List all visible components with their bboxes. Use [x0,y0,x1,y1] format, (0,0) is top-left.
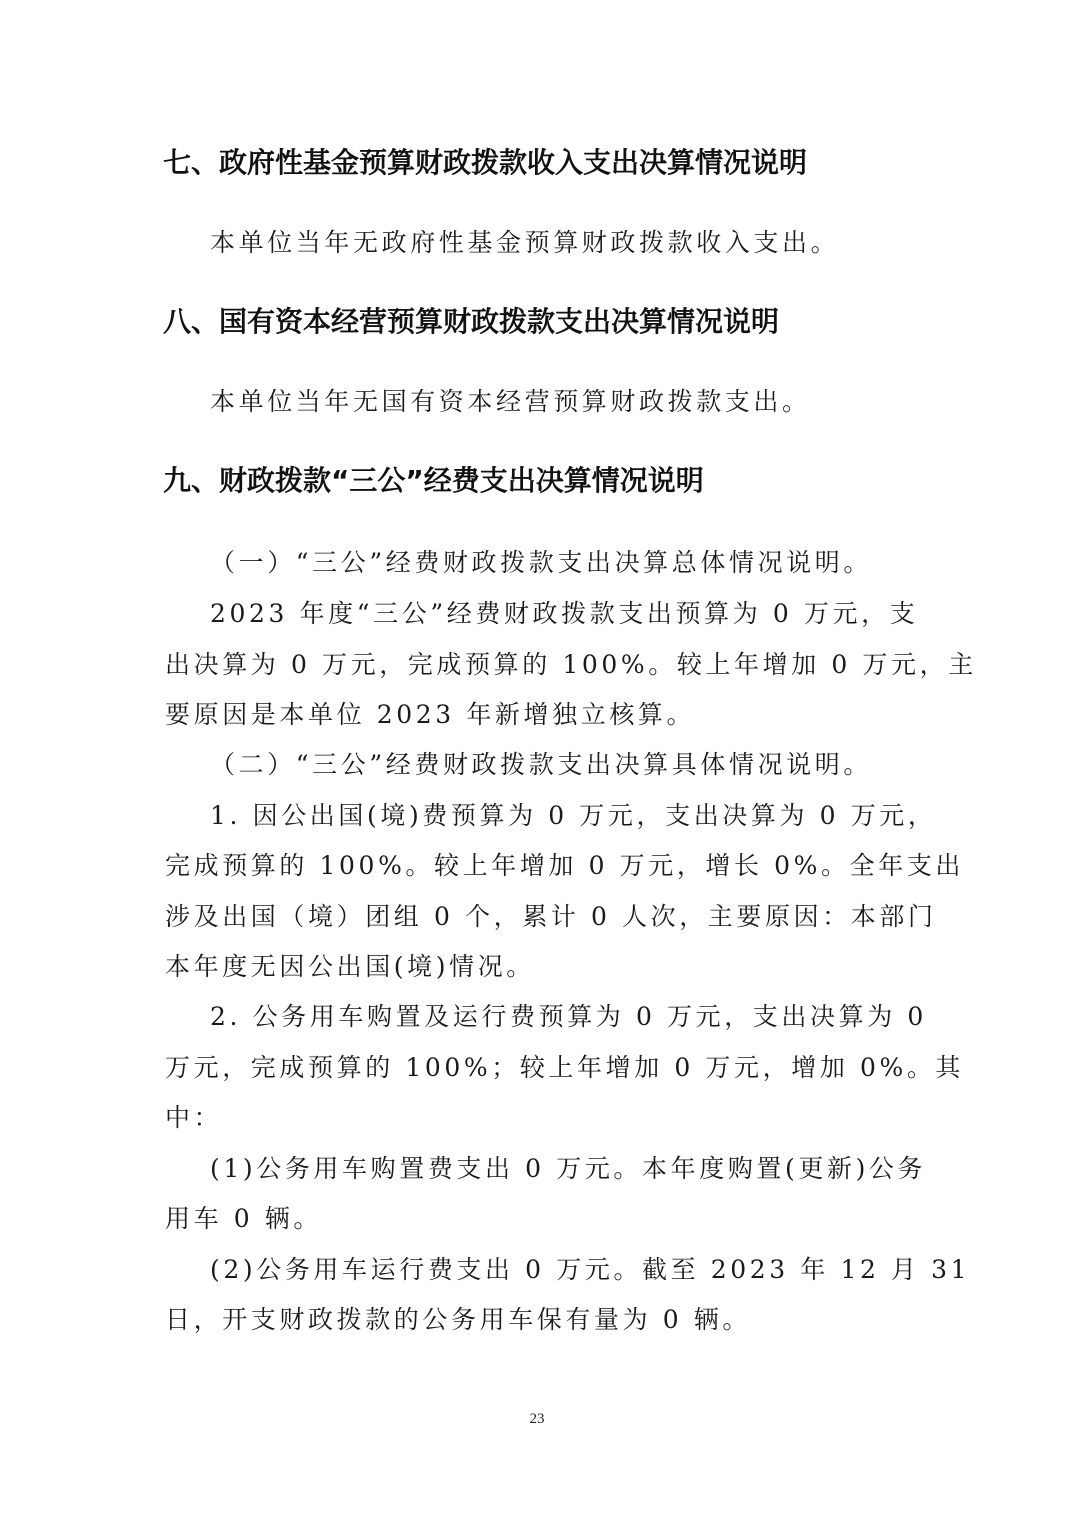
paragraph-line: 万元，完成预算的 100%；较上年增加 0 万元，增加 0%。其 [165,1048,964,1084]
paragraph-line: 用车 0 辆。 [165,1199,322,1235]
paragraph-line: 中： [165,1098,222,1134]
paragraph-line: (1)公务用车购置费支出 0 万元。本年度购置(更新)公务 [210,1149,926,1185]
paragraph-line: 2023 年度“三公”经费财政拨款支出预算为 0 万元，支 [210,594,918,630]
paragraph-line: 本单位当年无国有资本经营预算财政拨款支出。 [210,382,811,418]
paragraph-line: (2)公务用车运行费支出 0 万元。截至 2023 年 12 月 31 [210,1250,970,1286]
paragraph-line: 本单位当年无政府性基金预算财政拨款收入支出。 [210,223,839,259]
paragraph-line: 1. 因公出国(境)费预算为 0 万元，支出决算为 0 万元， [210,796,937,832]
paragraph-line: 完成预算的 100%。较上年增加 0 万元，增长 0%。全年支出 [165,846,964,882]
section-heading-9: 九、财政拨款“三公”经费支出决算情况说明 [163,459,704,499]
paragraph-line: 本年度无因公出国(境)情况。 [165,947,535,983]
page-number: 23 [0,1411,1074,1428]
paragraph-line: 要原因是本单位 2023 年新增独立核算。 [165,695,695,731]
paragraph-line: 涉及出国（境）团组 0 个，累计 0 人次，主要原因：本部门 [165,897,937,933]
paragraph-line: 出决算为 0 万元，完成预算的 100%。较上年增加 0 万元，主 [165,645,977,681]
paragraph-line: 日，开支财政拨款的公务用车保有量为 0 辆。 [165,1300,751,1336]
document-page: 七、政府性基金预算财政拨款收入支出决算情况说明 本单位当年无政府性基金预算财政拨… [0,0,1074,1520]
section-heading-8: 八、国有资本经营预算财政拨款支出决算情况说明 [163,300,779,340]
paragraph-line: 2. 公务用车购置及运行费预算为 0 万元，支出决算为 0 [210,997,927,1033]
subheading-1: （一）“三公”经费财政拨款支出决算总体情况说明。 [210,543,872,579]
section-heading-7: 七、政府性基金预算财政拨款收入支出决算情况说明 [163,141,807,181]
subheading-2: （二）“三公”经费财政拨款支出决算具体情况说明。 [210,745,872,781]
